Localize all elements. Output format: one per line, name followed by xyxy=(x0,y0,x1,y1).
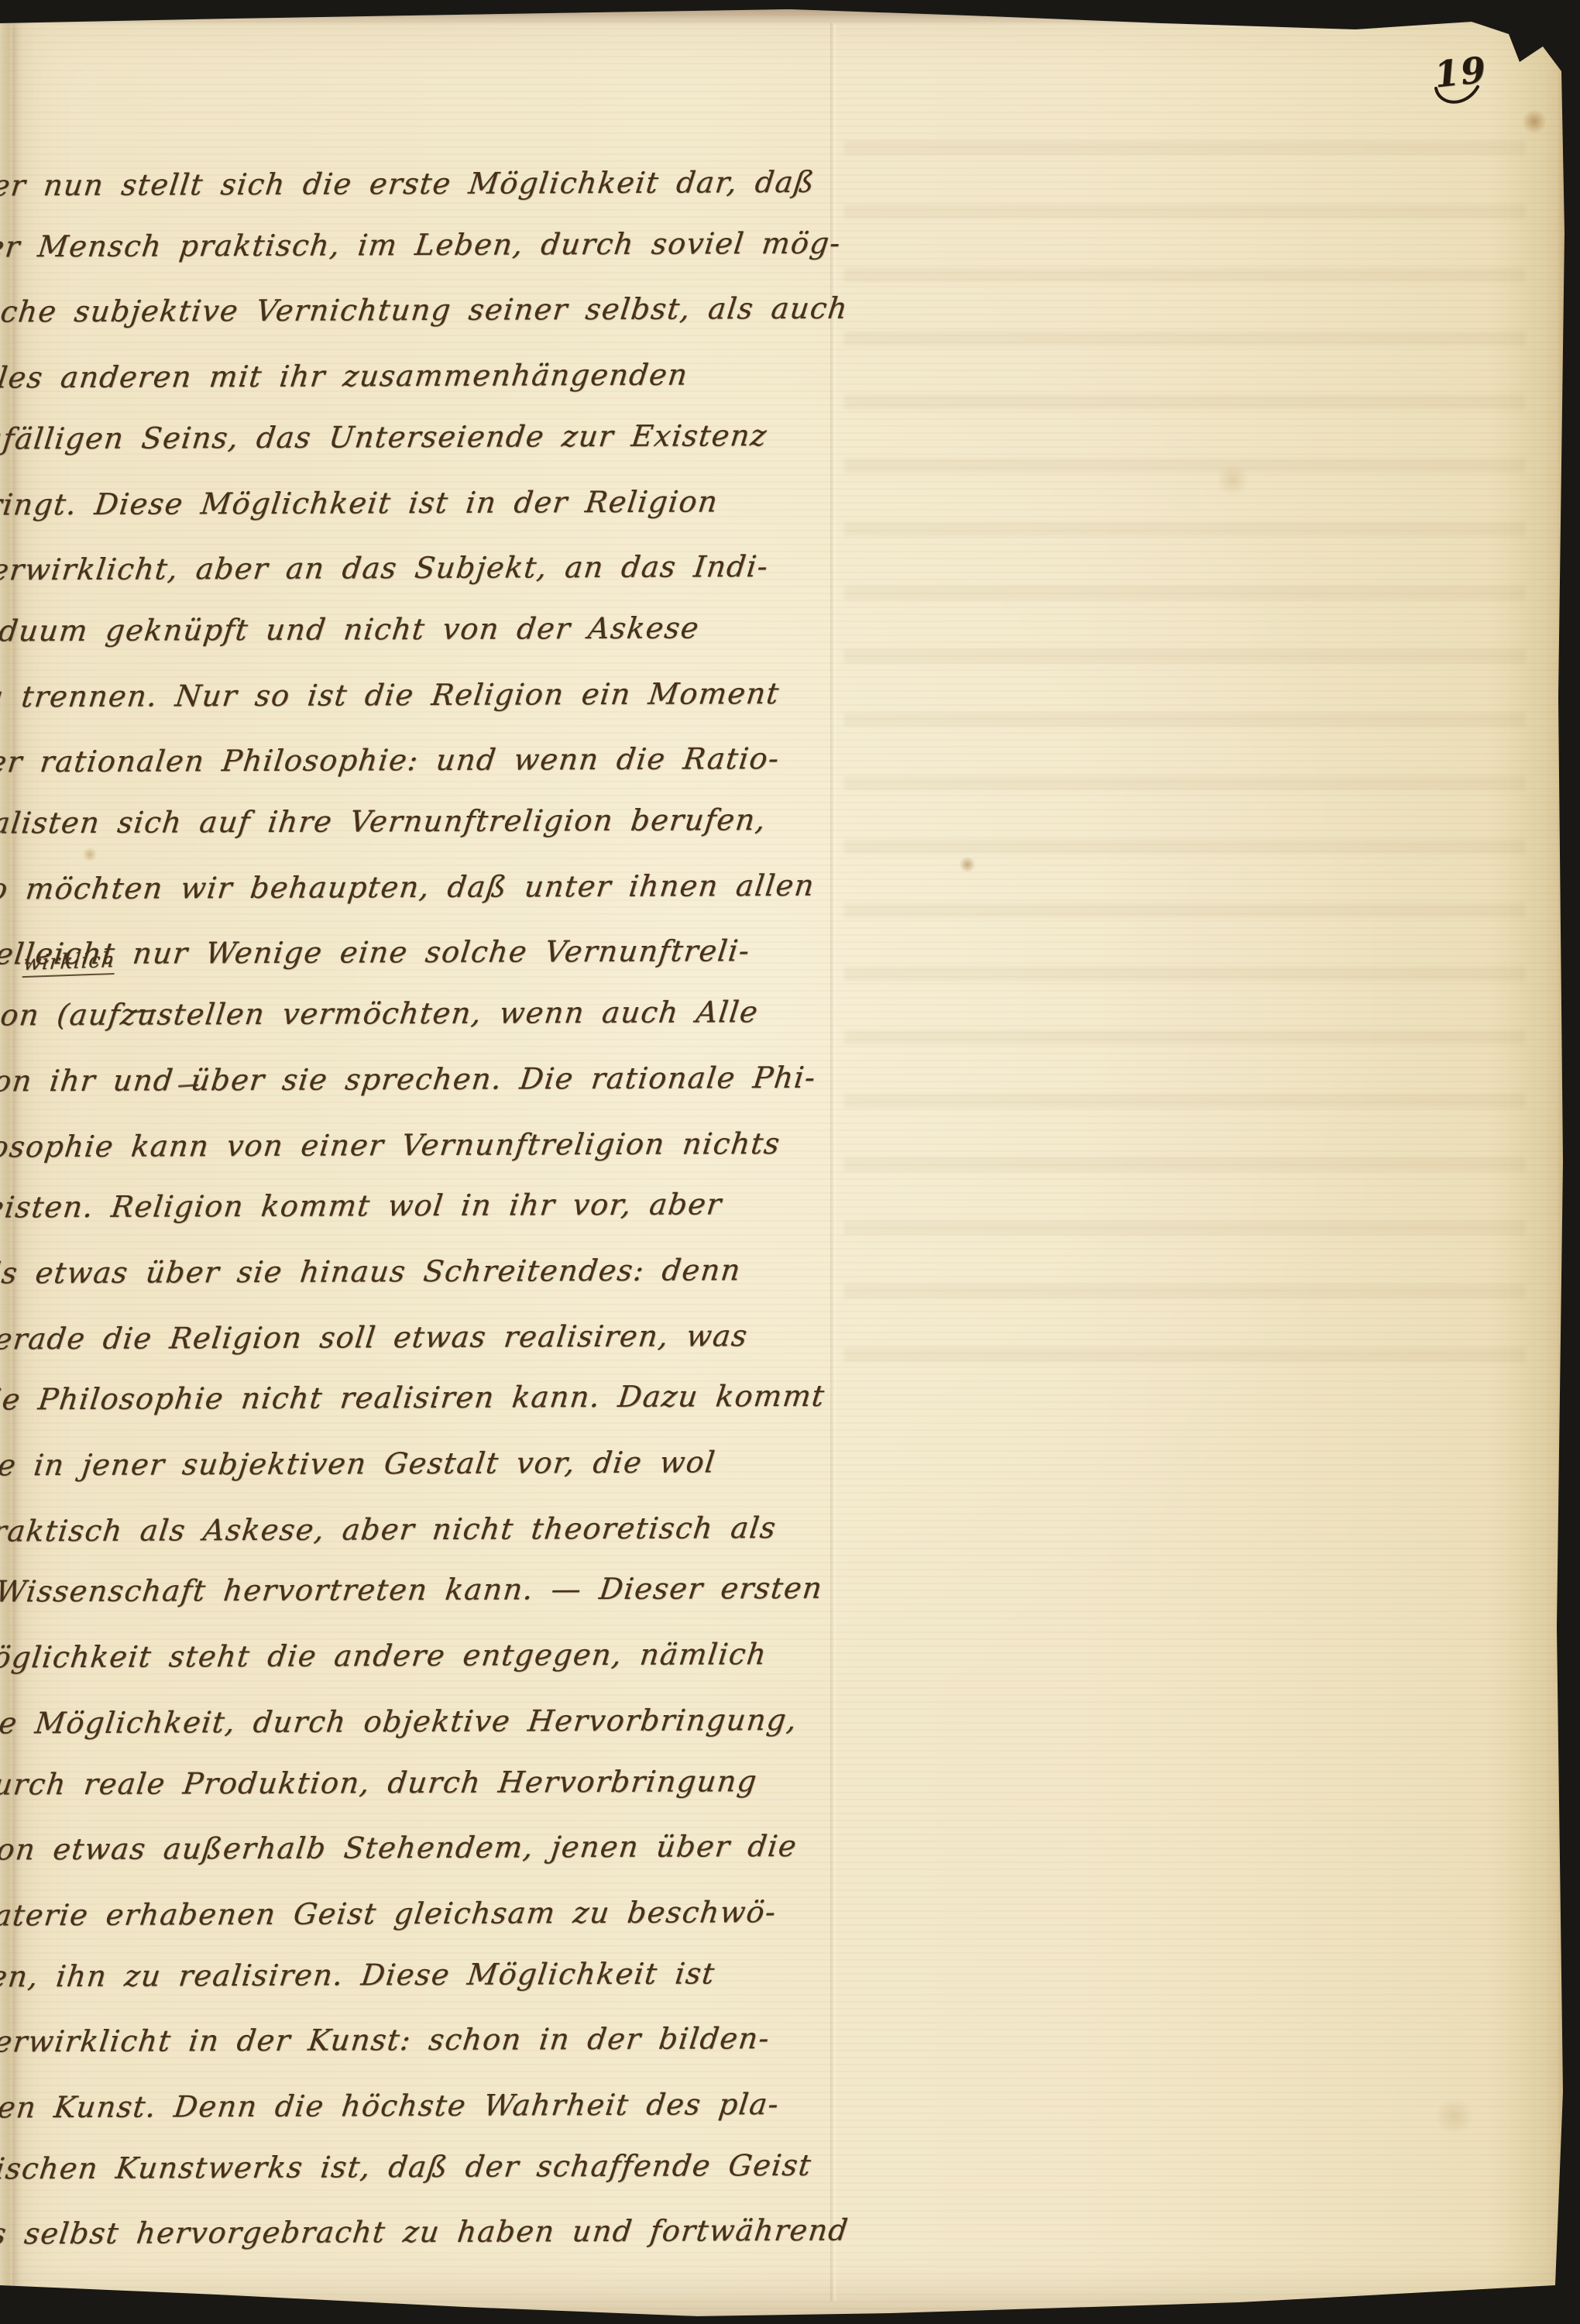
handwriting-line: erwirklicht in der Kunst: schon in der b… xyxy=(0,2021,772,2058)
handwriting-line: osophie kann von einer Vernunftreligion … xyxy=(0,1126,782,1164)
handwriting-line: on ihr und über sie sprechen. Die ration… xyxy=(0,1061,818,1098)
handwriting-line: erade die Religion soll etwas realisiren… xyxy=(0,1318,750,1356)
handwriting-line: er Mensch praktisch, im Leben, durch sov… xyxy=(0,226,843,264)
handwriting-line: erwirklicht, aber an das Subjekt, an das… xyxy=(0,549,771,586)
handwriting-line: öglichkeit steht die andere entgegen, nä… xyxy=(0,1637,769,1674)
handwriting-line: ie Möglichkeit, durch objektive Hervorbr… xyxy=(0,1703,799,1741)
handwriting-line: ischen Kunstwerks ist, daß der schaffend… xyxy=(0,2148,814,2186)
manuscript-scan: { "page": { "number": "19" }, "manuscrip… xyxy=(0,0,1580,2324)
page-number-flourish-icon xyxy=(1430,84,1486,112)
handwriting-line: aterie erhabenen Geist gleichsam zu besc… xyxy=(0,1895,778,1932)
handwriting-line: er rationalen Philosophie: und wenn die … xyxy=(0,741,781,779)
handwriting-line: lles anderen mit ihr zusammenhängenden xyxy=(0,358,690,395)
handwriting-line: iduum geknüpft und nicht von der Askese xyxy=(0,610,702,648)
handwriting-line: en, ihn zu realisiren. Diese Möglichkeit… xyxy=(0,1956,717,1993)
handwriting-line: ielleicht nur Wenige eine solche Vernunf… xyxy=(0,933,752,971)
handwriting-line: o möchten wir behaupten, daß unter ihnen… xyxy=(0,868,817,906)
handwriting-line: eisten. Religion kommt wol in ihr vor, a… xyxy=(0,1187,724,1224)
manuscript-page: 19 wirklich ier nun stellt sich die erst… xyxy=(0,0,1580,2324)
page-deckle-edge xyxy=(1557,0,1580,2324)
handwriting-line: iche subjektive Vernichtung seiner selbs… xyxy=(0,291,850,329)
ink-stain xyxy=(959,857,976,872)
ink-stain xyxy=(1521,110,1547,133)
handwriting-line: u trennen. Nur so ist die Religion ein M… xyxy=(0,676,781,714)
age-stain xyxy=(1434,2098,1475,2135)
handwriting-line: ion (aufzustellen vermöchten, wenn auch … xyxy=(0,995,761,1032)
handwriting-line: alisten sich auf ihre Vernunftreligion b… xyxy=(0,803,768,840)
handwriting-line: Wissenschaft hervortreten kann. — Dieser… xyxy=(0,1571,825,1609)
manuscript-text: ier nun stellt sich die erste Möglichkei… xyxy=(0,0,857,2324)
handwriting-line: en Kunst. Denn die höchste Wahrheit des … xyxy=(0,2087,781,2124)
handwriting-line: ier nun stellt sich die erste Möglichkei… xyxy=(0,165,817,203)
handwriting-line: ie Philosophie nicht realisiren kann. Da… xyxy=(0,1379,827,1417)
handwriting-line: ringt. Diese Möglichkeit ist in der Reli… xyxy=(0,484,720,521)
verso-show-through xyxy=(844,101,1526,1371)
handwriting-line: ie in jener subjektiven Gestalt vor, die… xyxy=(0,1445,718,1482)
handwriting-line: on etwas außerhalb Stehendem, jenen über… xyxy=(0,1829,799,1867)
handwriting-line: ls etwas über sie hinaus Schreitendes: d… xyxy=(0,1253,743,1290)
handwriting-line: s selbst hervorgebracht zu haben und for… xyxy=(0,2213,850,2251)
handwriting-line: ufälligen Seins, das Unterseiende zur Ex… xyxy=(0,418,769,456)
age-stain xyxy=(1216,465,1250,496)
handwriting-line: urch reale Produktion, durch Hervorbring… xyxy=(0,1764,759,1801)
handwriting-line: raktisch als Askese, aber nicht theoreti… xyxy=(0,1511,778,1548)
